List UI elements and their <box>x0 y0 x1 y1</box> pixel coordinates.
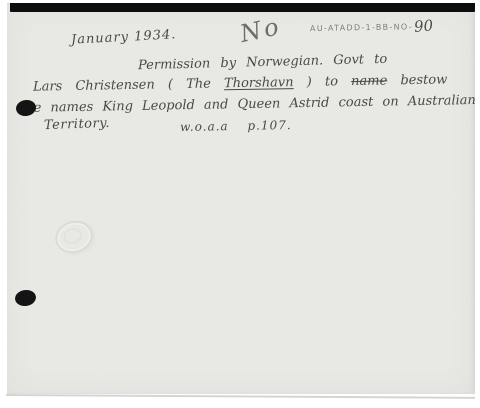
pencil-annotation-no: No <box>238 12 284 48</box>
handwritten-date: January 1934. <box>71 27 177 47</box>
paper-bottom-edge-shadow <box>6 394 475 399</box>
scan-top-edge-bar <box>10 3 475 12</box>
line2-text: ) to <box>293 74 351 90</box>
handwritten-line-2: Lars Christensen ( The Thorshavn ) to na… <box>33 72 447 94</box>
ship-name-underlined: Thorshavn <box>224 75 294 91</box>
reference-code: AU-ATADD-1-BB-NO- <box>310 22 413 33</box>
handwritten-line-1: Permission by Norwegian. Govt to <box>138 52 388 74</box>
scanned-document: AU-ATADD-1-BB-NO-90 No January 1934. Per… <box>0 0 480 408</box>
crossed-out-word: name <box>351 73 387 89</box>
line2-text: bestow <box>387 72 447 88</box>
paper-card: AU-ATADD-1-BB-NO-90 No January 1934. Per… <box>7 3 475 394</box>
reference-number: 90 <box>413 16 434 36</box>
hole-punch-bottom <box>14 289 37 308</box>
embossed-seal-mark <box>51 216 97 258</box>
handwritten-citation: w.o.a.a p.107. <box>180 118 292 134</box>
handwritten-line-4: Territory. <box>44 116 110 133</box>
handwritten-line-3: the names King Leopold and Queen Astrid … <box>20 93 476 116</box>
line2-text: Lars Christensen ( The <box>33 76 224 94</box>
reference-stamp: AU-ATADD-1-BB-NO-90 <box>310 17 433 37</box>
